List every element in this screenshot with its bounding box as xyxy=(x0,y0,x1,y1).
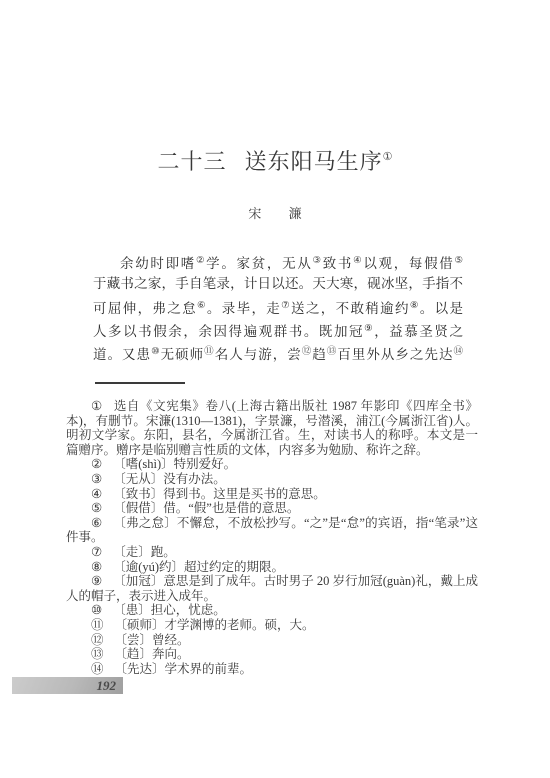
footnote-item: ⑥〔弗之怠〕不懈怠，不放松抄写。“之”是“怠”的宾语，指“笔录”这件事。 xyxy=(66,516,478,545)
footnote-marker: ⑨ xyxy=(91,574,102,588)
title-text: 送东阳马生序 xyxy=(245,149,383,174)
footnote-text: 〔患〕担心，忧虑。 xyxy=(113,603,226,617)
footnote-ref: ③ xyxy=(313,256,323,266)
text-run: ，益慕圣贤之 xyxy=(374,324,463,339)
text-run: 送之，不敢稍逾约 xyxy=(291,301,410,316)
footnote-marker: ⑫ xyxy=(91,633,104,647)
footnote-ref: ⑭ xyxy=(453,347,463,357)
footnote-ref: ⑥ xyxy=(197,301,207,311)
footnote-item: ⑦〔走〕跑。 xyxy=(66,545,478,560)
text-run: 。以是 xyxy=(420,301,463,316)
footnote-ref: ⑪ xyxy=(204,347,215,357)
book-page: 二十三送东阳马生序① 宋 濂 余幼时即嗜②学。家贫，无从③致书④以观，每假借⑤于… xyxy=(0,0,550,778)
footnote-item: ①选自《文宪集》卷八(上海古籍出版社 1987 年影印《四库全书》本)，有删节。… xyxy=(66,399,478,457)
author-name: 宋 濂 xyxy=(0,203,550,222)
text-run: 余幼时即嗜 xyxy=(120,256,196,271)
footnote-ref: ⑩ xyxy=(151,347,161,357)
text-run: 致书 xyxy=(323,256,353,271)
footnote-item: ⑭〔先达〕学术界的前辈。 xyxy=(66,662,478,677)
main-text-line: 道。又患⑩无硕师⑪名人与游，尝⑫趋⑬百里外从乡之先达⑭ xyxy=(93,341,463,364)
main-text: 余幼时即嗜②学。家贫，无从③致书④以观，每假借⑤于藏书之家，手自笔录，计日以还。… xyxy=(93,250,463,363)
text-run: 。录毕，走 xyxy=(207,301,281,316)
footnote-item: ⑪〔硕师〕才学渊博的老师。硕，大。 xyxy=(66,618,478,633)
footnote-item: ⑨〔加冠〕意思是到了成年。古时男子 20 岁行加冠(guàn)礼，戴上成人的帽子… xyxy=(66,574,478,603)
text-run: 人多以书假余，余因得遍观群书。既加冠 xyxy=(93,324,364,339)
footnote-marker: ③ xyxy=(91,472,102,486)
footnote-marker: ⑪ xyxy=(91,618,104,632)
footnotes-list: ①选自《文宪集》卷八(上海古籍出版社 1987 年影印《四库全书》本)，有删节。… xyxy=(66,399,478,676)
main-text-line: 可屈伸，弗之怠⑥。录毕，走⑦送之，不敢稍逾约⑧。以是 xyxy=(93,295,463,318)
footnote-marker: ① xyxy=(91,399,103,413)
footnote-text: 〔弗之怠〕不懈怠，不放松抄写。“之”是“怠”的宾语，指“笔录”这件事。 xyxy=(66,516,478,545)
text-run: 名人与游，尝 xyxy=(215,347,302,362)
footnote-ref: ⑫ xyxy=(302,347,313,357)
footnote-marker: ⑬ xyxy=(91,647,104,661)
footnote-ref: ⑬ xyxy=(327,347,338,357)
main-text-line: 于藏书之家，手自笔录，计日以还。天大寒，砚冰坚，手指不 xyxy=(93,273,463,296)
footnote-marker: ⑧ xyxy=(91,560,102,574)
text-run: 百里外从乡之先达 xyxy=(337,347,453,362)
footnote-item: ⑤〔假借〕借。“假”也是借的意思。 xyxy=(66,501,478,516)
page-number: 192 xyxy=(97,678,117,693)
footnote-marker: ⑤ xyxy=(91,501,102,515)
footnote-marker: ⑭ xyxy=(91,662,104,676)
footnote-ref: ⑨ xyxy=(364,324,374,334)
text-run: 学。家贫，无从 xyxy=(206,256,312,271)
footnote-text: 〔走〕跑。 xyxy=(113,545,176,559)
page-title: 二十三送东阳马生序① xyxy=(0,145,550,176)
footnote-text: 〔先达〕学术界的前辈。 xyxy=(115,662,253,676)
footnote-text: 〔无从〕没有办法。 xyxy=(113,472,226,486)
page-number-badge: 192 xyxy=(12,677,123,694)
lesson-number: 二十三 xyxy=(158,149,227,174)
footnote-marker: ② xyxy=(91,457,102,471)
footnote-item: ⑩〔患〕担心，忧虑。 xyxy=(66,603,478,618)
text-run: 趋 xyxy=(312,347,327,362)
text-run: 于藏书之家，手自笔录，计日以还。天大寒，砚冰坚，手指不 xyxy=(93,276,463,291)
main-text-line: 余幼时即嗜②学。家贫，无从③致书④以观，每假借⑤ xyxy=(93,250,463,273)
footnote-text: 〔加冠〕意思是到了成年。古时男子 20 岁行加冠(guàn)礼，戴上成人的帽子，… xyxy=(66,574,478,603)
footnote-text: 〔致书〕得到书。这里是买书的意思。 xyxy=(113,487,326,501)
text-run: 以观，每假借 xyxy=(363,256,454,271)
footnote-text: 〔硕师〕才学渊博的老师。硕，大。 xyxy=(115,618,315,632)
footnote-separator xyxy=(95,382,185,384)
title-footnote-ref: ① xyxy=(383,151,393,163)
footnote-text: 〔逾(yú)约〕超过约定的期限。 xyxy=(113,560,284,574)
text-run: 可屈伸，弗之怠 xyxy=(93,301,197,316)
footnote-item: ⑫〔尝〕曾经。 xyxy=(66,633,478,648)
footnote-item: ②〔嗜(shì)〕特别爱好。 xyxy=(66,457,478,472)
footnote-text: 选自《文宪集》卷八(上海古籍出版社 1987 年影印《四库全书》本)，有删节。宋… xyxy=(66,399,478,457)
footnote-item: ④〔致书〕得到书。这里是买书的意思。 xyxy=(66,487,478,502)
footnote-ref: ⑧ xyxy=(410,301,420,311)
footnote-ref: ④ xyxy=(353,256,363,266)
footnote-item: ⑧〔逾(yú)约〕超过约定的期限。 xyxy=(66,560,478,575)
footnote-text: 〔嗜(shì)〕特别爱好。 xyxy=(113,457,236,471)
footnote-marker: ⑥ xyxy=(91,516,102,530)
footnote-marker: ⑦ xyxy=(91,545,102,559)
footnote-text: 〔假借〕借。“假”也是借的意思。 xyxy=(113,501,299,515)
text-run: 道。又患 xyxy=(93,347,151,362)
footnote-ref: ⑦ xyxy=(281,301,291,311)
footnote-marker: ⑩ xyxy=(91,603,102,617)
footnote-item: ⑬〔趋〕奔向。 xyxy=(66,647,478,662)
footnote-item: ③〔无从〕没有办法。 xyxy=(66,472,478,487)
footnote-marker: ④ xyxy=(91,487,102,501)
footnote-text: 〔趋〕奔向。 xyxy=(115,647,190,661)
text-run: 无硕师 xyxy=(161,347,205,362)
footnote-ref: ⑤ xyxy=(455,256,464,266)
footnote-text: 〔尝〕曾经。 xyxy=(115,633,190,647)
main-text-line: 人多以书假余，余因得遍观群书。既加冠⑨，益慕圣贤之 xyxy=(93,318,463,341)
footnote-ref: ② xyxy=(196,256,206,266)
